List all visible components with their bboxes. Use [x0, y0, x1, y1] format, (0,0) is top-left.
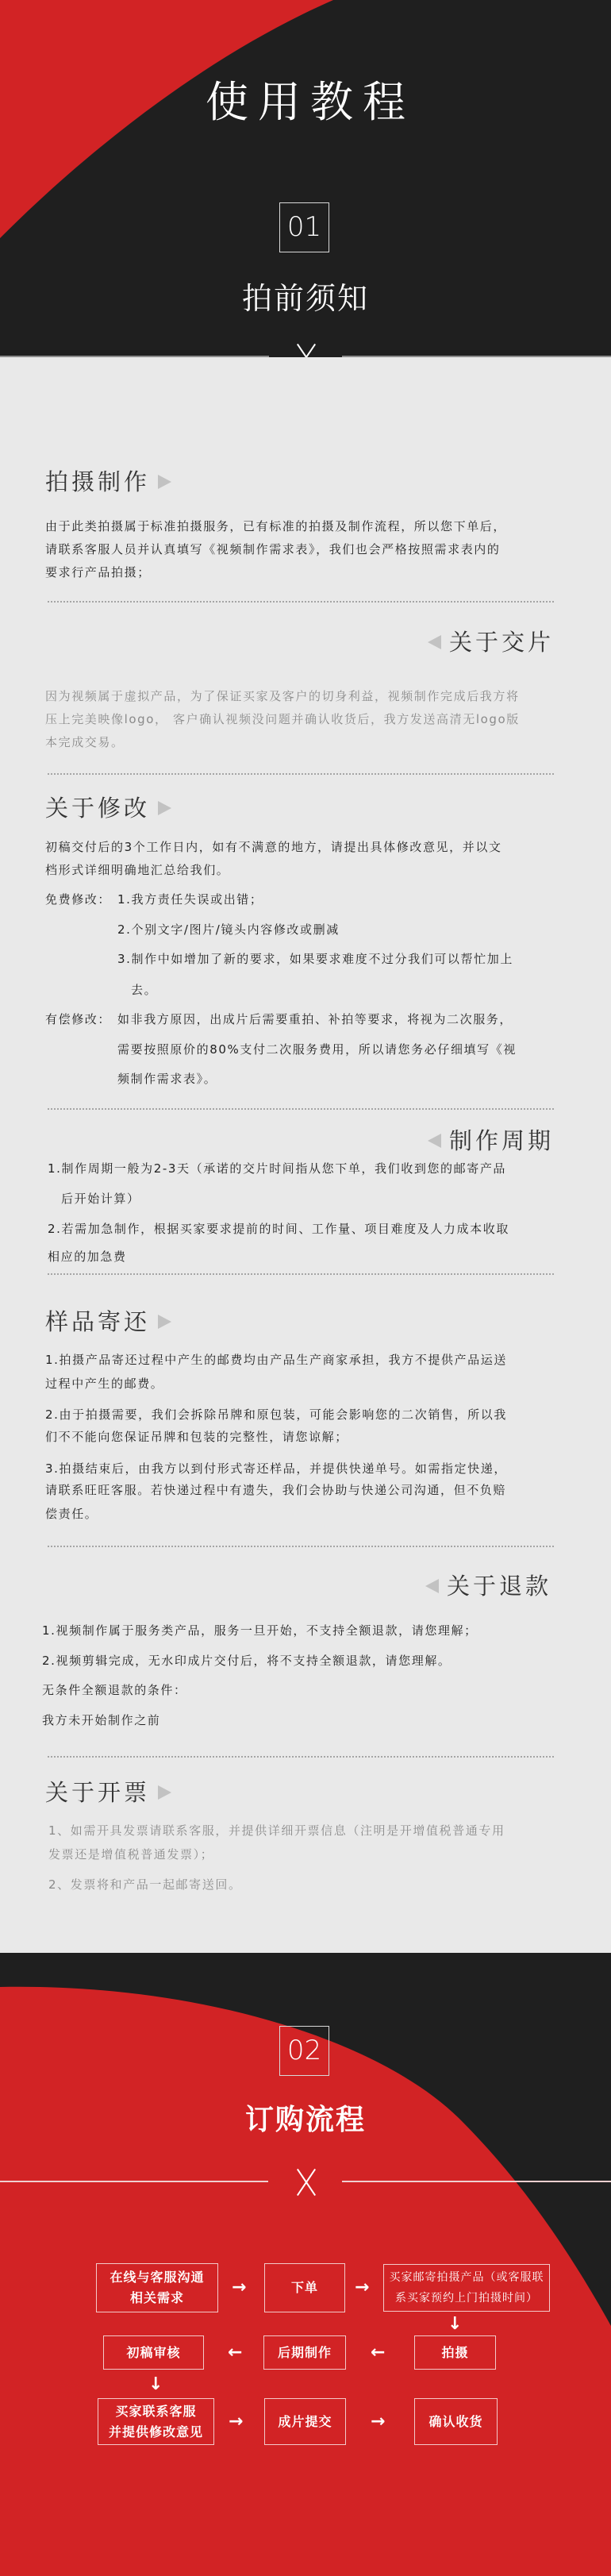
dotted-divider	[48, 773, 554, 775]
free-revision-label: 免费修改：	[45, 891, 111, 907]
text-line: 无条件全额退款的条件：	[42, 1682, 187, 1698]
arrow-left-icon: ←	[228, 2344, 242, 2362]
flow-step-post-production: 后期制作	[263, 2335, 346, 2370]
flow-step-consult: 在线与客服沟通 相关需求	[96, 2263, 218, 2312]
heading-delivery: 关于交片	[428, 628, 554, 657]
dotted-divider	[48, 1756, 554, 1758]
text-line: 要求行产品拍摄；	[45, 564, 151, 580]
text-line: 2.视频剪辑完成，无水印成片交付后，将不支持全额退款，请您理解。	[42, 1653, 452, 1669]
page-title: 使用教程	[0, 76, 611, 129]
text-line: 2.若需加急制作，根据买家要求提前的时间、工作量、项目难度及人力成本收取	[48, 1221, 509, 1237]
text-line: 2、发票将和产品一起邮寄送回。	[48, 1877, 242, 1893]
arrow-down-icon: ↓	[448, 2316, 462, 2333]
text-line: 1.制作周期一般为2-3天（承诺的交片时间指从您下单，我们收到您的邮寄产品	[48, 1161, 506, 1176]
triangle-right-icon	[158, 475, 171, 489]
heading-shooting: 拍摄制作	[45, 468, 171, 496]
dotted-divider	[48, 1273, 554, 1275]
text-line: 们不不能向您保证吊牌和包装的完整性，请您谅解；	[45, 1429, 348, 1445]
text-line: 压上完美映像logo， 客户确认视频没问题并确认收货后，我方发送高清无logo版	[45, 711, 520, 727]
flow-step-confirm-receipt: 确认收货	[414, 2398, 498, 2445]
text-line: 我方未开始制作之前	[42, 1712, 160, 1728]
arrow-right-icon: →	[229, 2413, 243, 2431]
text-line: 2.由于拍摄需要，我们会拆除吊牌和原包装，可能会影响您的二次销售，所以我	[45, 1407, 507, 1423]
hero-header: 使用教程 01 拍前须知	[0, 0, 611, 357]
flow-step-draft-review: 初稿审核	[103, 2335, 204, 2370]
triangle-left-icon	[428, 1134, 441, 1148]
text-line: 初稿交付后的3个工作日内，如有不满意的地方，请提出具体修改意见，并以文	[45, 839, 502, 855]
heading-invoice: 关于开票	[45, 1778, 171, 1807]
divider-line-right	[342, 2181, 611, 2182]
text-line: 发票还是增值税普通发票）；	[48, 1846, 213, 1862]
arrow-left-icon: ←	[371, 2344, 385, 2362]
text-line: 2.个别文字/图片/镜头内容修改或删减	[117, 922, 340, 938]
paid-revision-label: 有偿修改：	[45, 1011, 111, 1027]
text-line: 1、如需开具发票请联系客服，并提供详细开票信息（注明是开增值税普通专用	[48, 1823, 505, 1839]
text-line: 1.拍摄产品寄还过程中产生的邮费均由产品生产商家承担，我方不提供产品运送	[45, 1352, 507, 1368]
flow-step-order: 下单	[264, 2263, 345, 2312]
section-number-badge: 01	[279, 202, 329, 252]
triangle-right-icon	[158, 801, 171, 815]
text-line: 相应的加急费	[48, 1249, 127, 1265]
text-line: 3.制作中如增加了新的要求，如果要求难度不过分我们可以帮忙加上	[117, 951, 513, 967]
heading-samples: 样品寄还	[45, 1307, 171, 1336]
triangle-right-icon	[158, 1315, 171, 1329]
triangle-right-icon	[158, 1785, 171, 1800]
arrow-right-icon: →	[232, 2279, 246, 2297]
text-line: 档形式详细明确地汇总给我们。	[45, 862, 229, 878]
flow-step-feedback: 买家联系客服 并提供修改意见	[98, 2398, 214, 2445]
text-line: 本完成交易。	[45, 734, 125, 750]
flow-step-shoot: 拍摄	[414, 2335, 496, 2370]
heading-cycle: 制作周期	[428, 1126, 554, 1155]
triangle-left-icon	[428, 635, 441, 649]
dotted-divider	[48, 1108, 554, 1110]
text-line: 由于此类拍摄属于标准拍摄服务，已有标准的拍摄及制作流程，所以您下单后，	[45, 518, 506, 534]
heading-refund: 关于退款	[425, 1572, 551, 1600]
triangle-left-icon	[425, 1579, 439, 1593]
cross-icon	[292, 2168, 321, 2197]
text-line: 3.拍摄结束后，由我方以到付形式寄还样品，并提供快递单号。如需指定快递，	[45, 1461, 507, 1477]
text-line: 偿责任。	[45, 1506, 98, 1522]
text-line: 如非我方原因，出成片后需要重拍、补拍等要求，将视为二次服务，	[117, 1011, 513, 1027]
text-line: 1.视频制作属于服务类产品，服务一旦开始，不支持全额退款，请您理解；	[42, 1623, 478, 1638]
heading-revision: 关于修改	[45, 794, 171, 822]
text-line: 因为视频属于虚拟产品，为了保证买家及客户的切身利益，视频制作完成后我方将	[45, 688, 520, 704]
dotted-divider	[48, 1546, 554, 1547]
text-line: 1.我方责任失误或出错；	[117, 891, 263, 907]
text-line: 后开始计算）	[61, 1191, 140, 1207]
text-line: 请联系旺旺客服。若快递过程中有遗失，我们会协助与快递公司沟通，但不负赔	[45, 1482, 506, 1498]
text-line: 请联系客服人员并认真填写《视频制作需求表》，我们也会严格按照需求表内的	[45, 541, 501, 557]
section-title: 订购流程	[0, 2101, 611, 2139]
flow-step-ship-product: 买家邮寄拍摄产品（或客服联 系买家预约上门拍摄时间）	[383, 2264, 550, 2312]
divider-line-left	[0, 2181, 268, 2182]
arrow-right-icon: →	[371, 2413, 385, 2431]
arrow-down-icon: ↓	[148, 2376, 163, 2393]
section-title: 拍前须知	[0, 279, 611, 318]
section-number-badge: 02	[279, 2026, 329, 2076]
text-line: 频制作需求表》。	[117, 1071, 217, 1087]
flow-step-final-submit: 成片提交	[264, 2398, 346, 2445]
text-line: 过程中产生的邮费。	[45, 1376, 163, 1392]
dotted-divider	[48, 601, 554, 603]
arrow-right-icon: →	[355, 2279, 369, 2297]
text-line: 需要按照原价的80%支付二次服务费用，所以请您务必仔细填写《视	[117, 1042, 517, 1057]
text-line: 去。	[131, 982, 157, 998]
